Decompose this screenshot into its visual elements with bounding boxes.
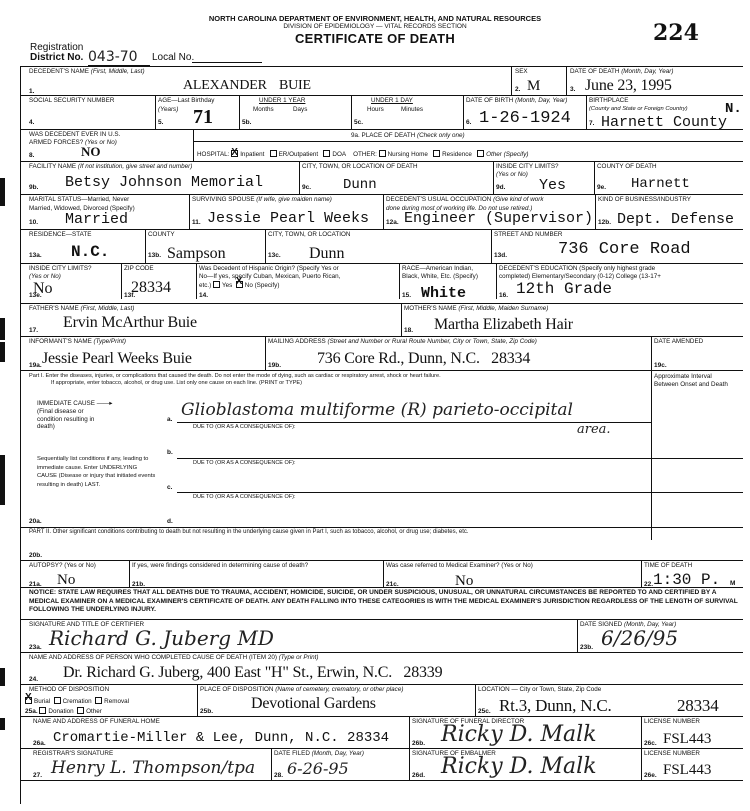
field-number: 26d.: [412, 772, 425, 779]
field-number: 26b.: [412, 740, 425, 747]
margin-tab: [0, 178, 5, 206]
education-value: 12th Grade: [516, 280, 612, 298]
under-1-day-label: UNDER 1 DAY: [371, 97, 413, 104]
field-number: 26e.: [644, 772, 657, 779]
spouse-label: SURVIVING SPOUSE (If wife, give maiden n…: [192, 196, 332, 203]
residence-checkbox[interactable]: [433, 150, 440, 157]
other-place-checkbox[interactable]: [477, 150, 484, 157]
hispanic-yes-checkbox[interactable]: [213, 281, 220, 288]
certifier-signature: Richard G. Juberg MD: [49, 626, 274, 650]
street-label: STREET AND NUMBER: [494, 231, 562, 238]
field-number: 6.: [466, 119, 471, 126]
residence-county-value: Sampson: [167, 245, 226, 263]
place-of-death-options: HOSPITAL: Inpatient ER/Outpatient DOA OT…: [197, 150, 528, 158]
doa-option: DOA: [332, 151, 346, 158]
inpatient-option: Inpatient: [240, 151, 264, 158]
other-disposition-checkbox[interactable]: [77, 707, 84, 714]
cause-line-c: c.: [167, 484, 172, 491]
field-number: 26a.: [33, 740, 46, 747]
birthplace-hint: (County and State or Foreign Country): [589, 106, 688, 112]
margin-tab: [0, 318, 5, 340]
field-number: 16.: [499, 292, 508, 299]
field-number: 23b.: [580, 644, 593, 651]
field-number: 8.: [29, 152, 34, 159]
field-number: 5.: [158, 119, 163, 126]
district-label: District No.: [30, 53, 83, 63]
business-label: KIND OF BUSINESS/INDUSTRY: [598, 196, 691, 203]
field-number: 15.: [402, 292, 411, 299]
field-number: 19a.: [29, 362, 42, 369]
time-of-death-suffix: M: [730, 580, 735, 587]
inside-city-value: Yes: [539, 177, 566, 194]
zip-value: 28334: [131, 279, 171, 297]
interval-label: Approximate Interval Between Onset and D…: [654, 373, 736, 388]
dob-value: 1-26-1924: [479, 109, 571, 128]
disposition-zip-value: 28334: [677, 696, 719, 716]
field-number: 4.: [29, 119, 34, 126]
field-number: 13a.: [29, 252, 42, 259]
license-number-value: FSL443: [663, 731, 711, 748]
doa-checkbox[interactable]: [323, 150, 330, 157]
education-label: DECEDENT'S EDUCATION (Specify only highe…: [499, 265, 655, 272]
funeral-director-signature: Ricky D. Malk: [441, 722, 597, 747]
field-number: 9b.: [29, 184, 38, 191]
field-number: 12b.: [598, 219, 611, 226]
decedent-last-name: BUIE: [279, 78, 311, 94]
father-value: Ervin McArthur Buie: [63, 314, 197, 332]
completer-value: Dr. Richard G. Juberg, 400 East "H" St.,…: [63, 664, 442, 682]
district-number: 043-70: [88, 49, 150, 66]
disposition-location-value: Rt.3, Dunn, N.C.: [499, 696, 612, 716]
removal-checkbox[interactable]: [95, 697, 102, 704]
father-label: FATHER'S NAME (First, Middle, Last): [29, 305, 134, 312]
date-of-death-label: DATE OF DEATH (Month, Day, Year): [570, 68, 673, 75]
field-number: 17.: [29, 327, 38, 334]
age-value: 71: [193, 106, 213, 129]
registrar-signature: Henry L. Thompson/tpa: [51, 758, 255, 778]
cause-line-a: a.: [167, 416, 172, 423]
race-value: White: [421, 285, 466, 302]
residence-inside-label: INSIDE CITY LIMITS?: [29, 265, 92, 272]
months-label: Months: [253, 106, 274, 113]
street-value: 736 Core Road: [558, 240, 691, 259]
registrar-label: REGISTRAR'S SIGNATURE: [33, 750, 113, 757]
funeral-home-value: Cromartie-Miller & Lee, Dunn, N.C. 28334: [53, 730, 389, 746]
due-to-label: DUE TO (OR AS A CONSEQUENCE OF):: [193, 494, 295, 501]
informant-label: INFORMANT'S NAME (Type/Print): [29, 338, 126, 345]
hispanic-options: etc.) Yes No (Specify): [199, 281, 279, 289]
disposition-options-2: 25a. Donation Other: [25, 707, 102, 715]
occupation-label: DECEDENT'S USUAL OCCUPATION (Give kind o…: [386, 196, 544, 203]
hispanic-label: Was Decedent of Hispanic Origin? (Specif…: [199, 265, 339, 272]
education-label-2: completed) Elementary/Secondary (0-12) C…: [499, 273, 661, 280]
field-number: 19b.: [268, 362, 281, 369]
field-number: 27.: [33, 772, 42, 779]
field-number: 12a.: [386, 219, 399, 226]
county-of-death-label: COUNTY OF DEATH: [597, 163, 657, 170]
inside-city-hint: (Yes or No): [496, 171, 528, 178]
age-label: AGE—Last Birthday: [158, 97, 214, 104]
other-label: OTHER:: [353, 151, 377, 158]
margin-tab: [0, 455, 5, 505]
nursing-home-option: Nursing Home: [388, 151, 428, 158]
field-number: 20b.: [29, 552, 42, 559]
residence-county-label: COUNTY: [148, 231, 175, 238]
margin-tab: [0, 342, 5, 362]
sex-value: M: [527, 78, 540, 95]
sequential-label: Sequentially list conditions if any, lea…: [37, 455, 157, 489]
facility-label: FACILITY NAME (If not institution, give …: [29, 163, 192, 170]
division-heading: DIVISION OF EPIDEMIOLOGY — VITAL RECORDS…: [0, 23, 750, 30]
other-place-option: Other (Specify): [486, 151, 528, 158]
field-number: 1.: [29, 88, 34, 95]
field-number: 9e.: [597, 184, 606, 191]
business-value: Dept. Defense: [617, 211, 734, 228]
residence-city-value: Dunn: [309, 245, 345, 263]
facility-value: Betsy Johnson Memorial: [65, 174, 263, 191]
ssn-label: SOCIAL SECURITY NUMBER: [29, 97, 114, 104]
cause-line-d: d.: [167, 518, 173, 525]
field-number: 25b.: [200, 708, 213, 715]
city-of-death-label: CITY, TOWN, OR LOCATION OF DEATH: [302, 163, 418, 170]
license-number-label: LICENSE NUMBER: [644, 718, 700, 725]
residence-city-label: CITY, TOWN, OR LOCATION: [268, 231, 350, 238]
notice-text: NOTICE: STATE LAW REQUIRES THAT ALL DEAT…: [29, 589, 741, 615]
immediate-cause-label: IMMEDIATE CAUSE ——▸: [37, 400, 112, 407]
field-number: 11.: [192, 219, 201, 226]
decedent-name-label: DECEDENT'S NAME (First, Middle, Last): [29, 68, 145, 75]
autopsy-label: AUTOPSY? (Yes or No): [29, 562, 96, 569]
local-label: Local No.: [152, 53, 194, 63]
part1-instructions-2: If appropriate, enter tobacco, alcohol, …: [51, 380, 302, 387]
field-number: 13d.: [494, 252, 507, 259]
place-of-disposition-value: Devotional Gardens: [251, 695, 376, 713]
mailing-address-label: MAILING ADDRESS (Street and Number or Ru…: [268, 338, 537, 345]
field-number: 18.: [404, 327, 413, 334]
disposition-location-label: LOCATION — City or Town, State, Zip Code: [478, 686, 601, 693]
dob-label: DATE OF BIRTH (Month, Day, Year): [466, 97, 567, 104]
field-number: 20a.: [29, 518, 42, 525]
residence-state-label: RESIDENCE—STATE: [29, 231, 91, 238]
immediate-cause-value: Glioblastoma multiforme (R) parieto-occi…: [181, 400, 573, 420]
age-hint: (Years): [158, 106, 178, 113]
field-number: 10.: [29, 219, 38, 226]
race-label-2: Black, White, Etc. (Specify): [402, 273, 478, 280]
part2-instructions: PART II. Other significant conditions co…: [29, 529, 469, 536]
burial-checkbox[interactable]: [25, 697, 32, 704]
er-outpatient-option: ER/Outpatient: [279, 151, 319, 158]
place-of-disposition-label: PLACE OF DISPOSITION (Name of cemetery, …: [200, 686, 430, 693]
findings-label: If yes, were findings considered in dete…: [132, 562, 308, 569]
certificate-number: 224: [653, 20, 699, 46]
time-of-death-label: TIME OF DEATH: [644, 562, 692, 569]
place-of-death-label: 9a. PLACE OF DEATH (Check only one): [351, 132, 465, 139]
residence-state-value: N.C.: [71, 243, 109, 261]
department-heading: NORTH CAROLINA DEPARTMENT OF ENVIRONMENT…: [0, 14, 750, 23]
cause-line-b: b.: [167, 449, 173, 456]
donation-checkbox[interactable]: [39, 707, 46, 714]
inside-city-label: INSIDE CITY LIMITS?: [496, 163, 559, 170]
certificate-form: DECEDENT'S NAME (First, Middle, Last) 1.…: [20, 66, 742, 804]
birthplace-label: BIRTHPLACE: [589, 97, 628, 104]
residence-option: Residence: [442, 151, 472, 158]
immediate-cause-value-2: area.: [577, 422, 611, 437]
immediate-cause-hint: (Final disease or condition resulting in…: [37, 408, 107, 431]
informant-value: Jessie Pearl Weeks Buie: [42, 350, 192, 368]
due-to-label: DUE TO (OR AS A CONSEQUENCE OF):: [193, 424, 295, 431]
due-to-label: DUE TO (OR AS A CONSEQUENCE OF):: [193, 460, 295, 467]
decedent-first-name: ALEXANDER: [183, 78, 267, 94]
disposition-options: Burial Cremation Removal: [25, 697, 129, 705]
field-number: 26c.: [644, 740, 657, 747]
er-outpatient-checkbox[interactable]: [270, 150, 277, 157]
under-1-year-label: UNDER 1 YEAR: [259, 97, 305, 104]
minutes-label: Minutes: [401, 106, 423, 113]
field-number: 13c.: [268, 252, 281, 259]
field-number: 9d.: [496, 184, 505, 191]
local-number-line: [192, 62, 262, 63]
field-number: 5b.: [242, 119, 251, 126]
hospital-label: HOSPITAL:: [197, 151, 229, 158]
hours-label: Hours: [367, 106, 384, 113]
field-number: 28.: [274, 772, 283, 779]
field-number: 3.: [570, 86, 575, 93]
mailing-address-value: 736 Core Rd., Dunn, N.C. 28334: [317, 350, 530, 368]
days-label: Days: [293, 106, 307, 113]
county-of-death-value: Harnett: [631, 176, 690, 192]
date-of-death-value: June 23, 1995: [585, 77, 672, 95]
mother-label: MOTHER'S NAME (First, Middle, Maiden Sur…: [404, 305, 548, 312]
hispanic-no-checkbox[interactable]: [236, 281, 243, 288]
date-filed-value: 6-26-95: [287, 759, 349, 778]
sex-label: SEX: [515, 68, 528, 75]
mother-value: Martha Elizabeth Hair: [434, 316, 573, 334]
cremation-checkbox[interactable]: [54, 697, 61, 704]
disposition-method-label: METHOD OF DISPOSITION: [29, 686, 109, 693]
nursing-home-checkbox[interactable]: [379, 150, 386, 157]
zip-label: ZIP CODE: [124, 265, 154, 272]
field-number: 14.: [199, 292, 208, 299]
field-number: 9c.: [302, 184, 311, 191]
race-label: RACE—American Indian,: [402, 265, 473, 272]
margin-tab: [0, 718, 5, 730]
funeral-home-label: NAME AND ADDRESS OF FUNERAL HOME: [33, 718, 160, 725]
field-number: 7.: [589, 120, 594, 127]
marital-value: Married: [65, 211, 128, 228]
margin-tab: [0, 668, 5, 686]
field-number: 2.: [515, 86, 520, 93]
city-of-death-value: Dunn: [343, 177, 377, 193]
hispanic-label-2: No—If yes, specify Cuban, Mexican, Puert…: [199, 273, 340, 280]
spouse-value: Jessie Pearl Weeks: [207, 210, 369, 227]
field-number: 19c.: [654, 362, 667, 369]
date-filed-label: DATE FILED (Month, Day, Year): [274, 750, 364, 757]
marital-label: MARITAL STATUS—Married, Never: [29, 196, 129, 203]
birthplace-state: N.: [725, 101, 742, 117]
inpatient-checkbox[interactable]: [231, 150, 238, 157]
armed-forces-value: NO: [81, 144, 101, 160]
date-signed-value: 6/26/95: [601, 626, 678, 650]
field-number: 5c.: [354, 119, 363, 126]
date-amended-label: DATE AMENDED: [654, 338, 703, 345]
occupation-value: Engineer (Supervisor): [404, 210, 593, 227]
license-number-2-label: LICENSE NUMBER: [644, 750, 700, 757]
field-number: 25c.: [478, 708, 491, 715]
field-number: 24.: [29, 676, 38, 683]
completer-label: NAME AND ADDRESS OF PERSON WHO COMPLETED…: [29, 654, 318, 661]
field-number: 13b.: [148, 252, 161, 259]
medical-examiner-label: Was case referred to Medical Examiner? (…: [386, 562, 533, 569]
residence-inside-hint: (Yes or No): [29, 273, 61, 280]
field-number: 13e.: [29, 292, 42, 299]
field-number: 23a.: [29, 644, 42, 651]
part1-instructions: Part I. Enter the diseases, injuries, or…: [29, 373, 441, 380]
certificate-title: CERTIFICATE OF DEATH: [0, 31, 750, 46]
license-number-2-value: FSL443: [663, 762, 711, 779]
embalmer-signature: Ricky D. Malk: [441, 754, 597, 779]
